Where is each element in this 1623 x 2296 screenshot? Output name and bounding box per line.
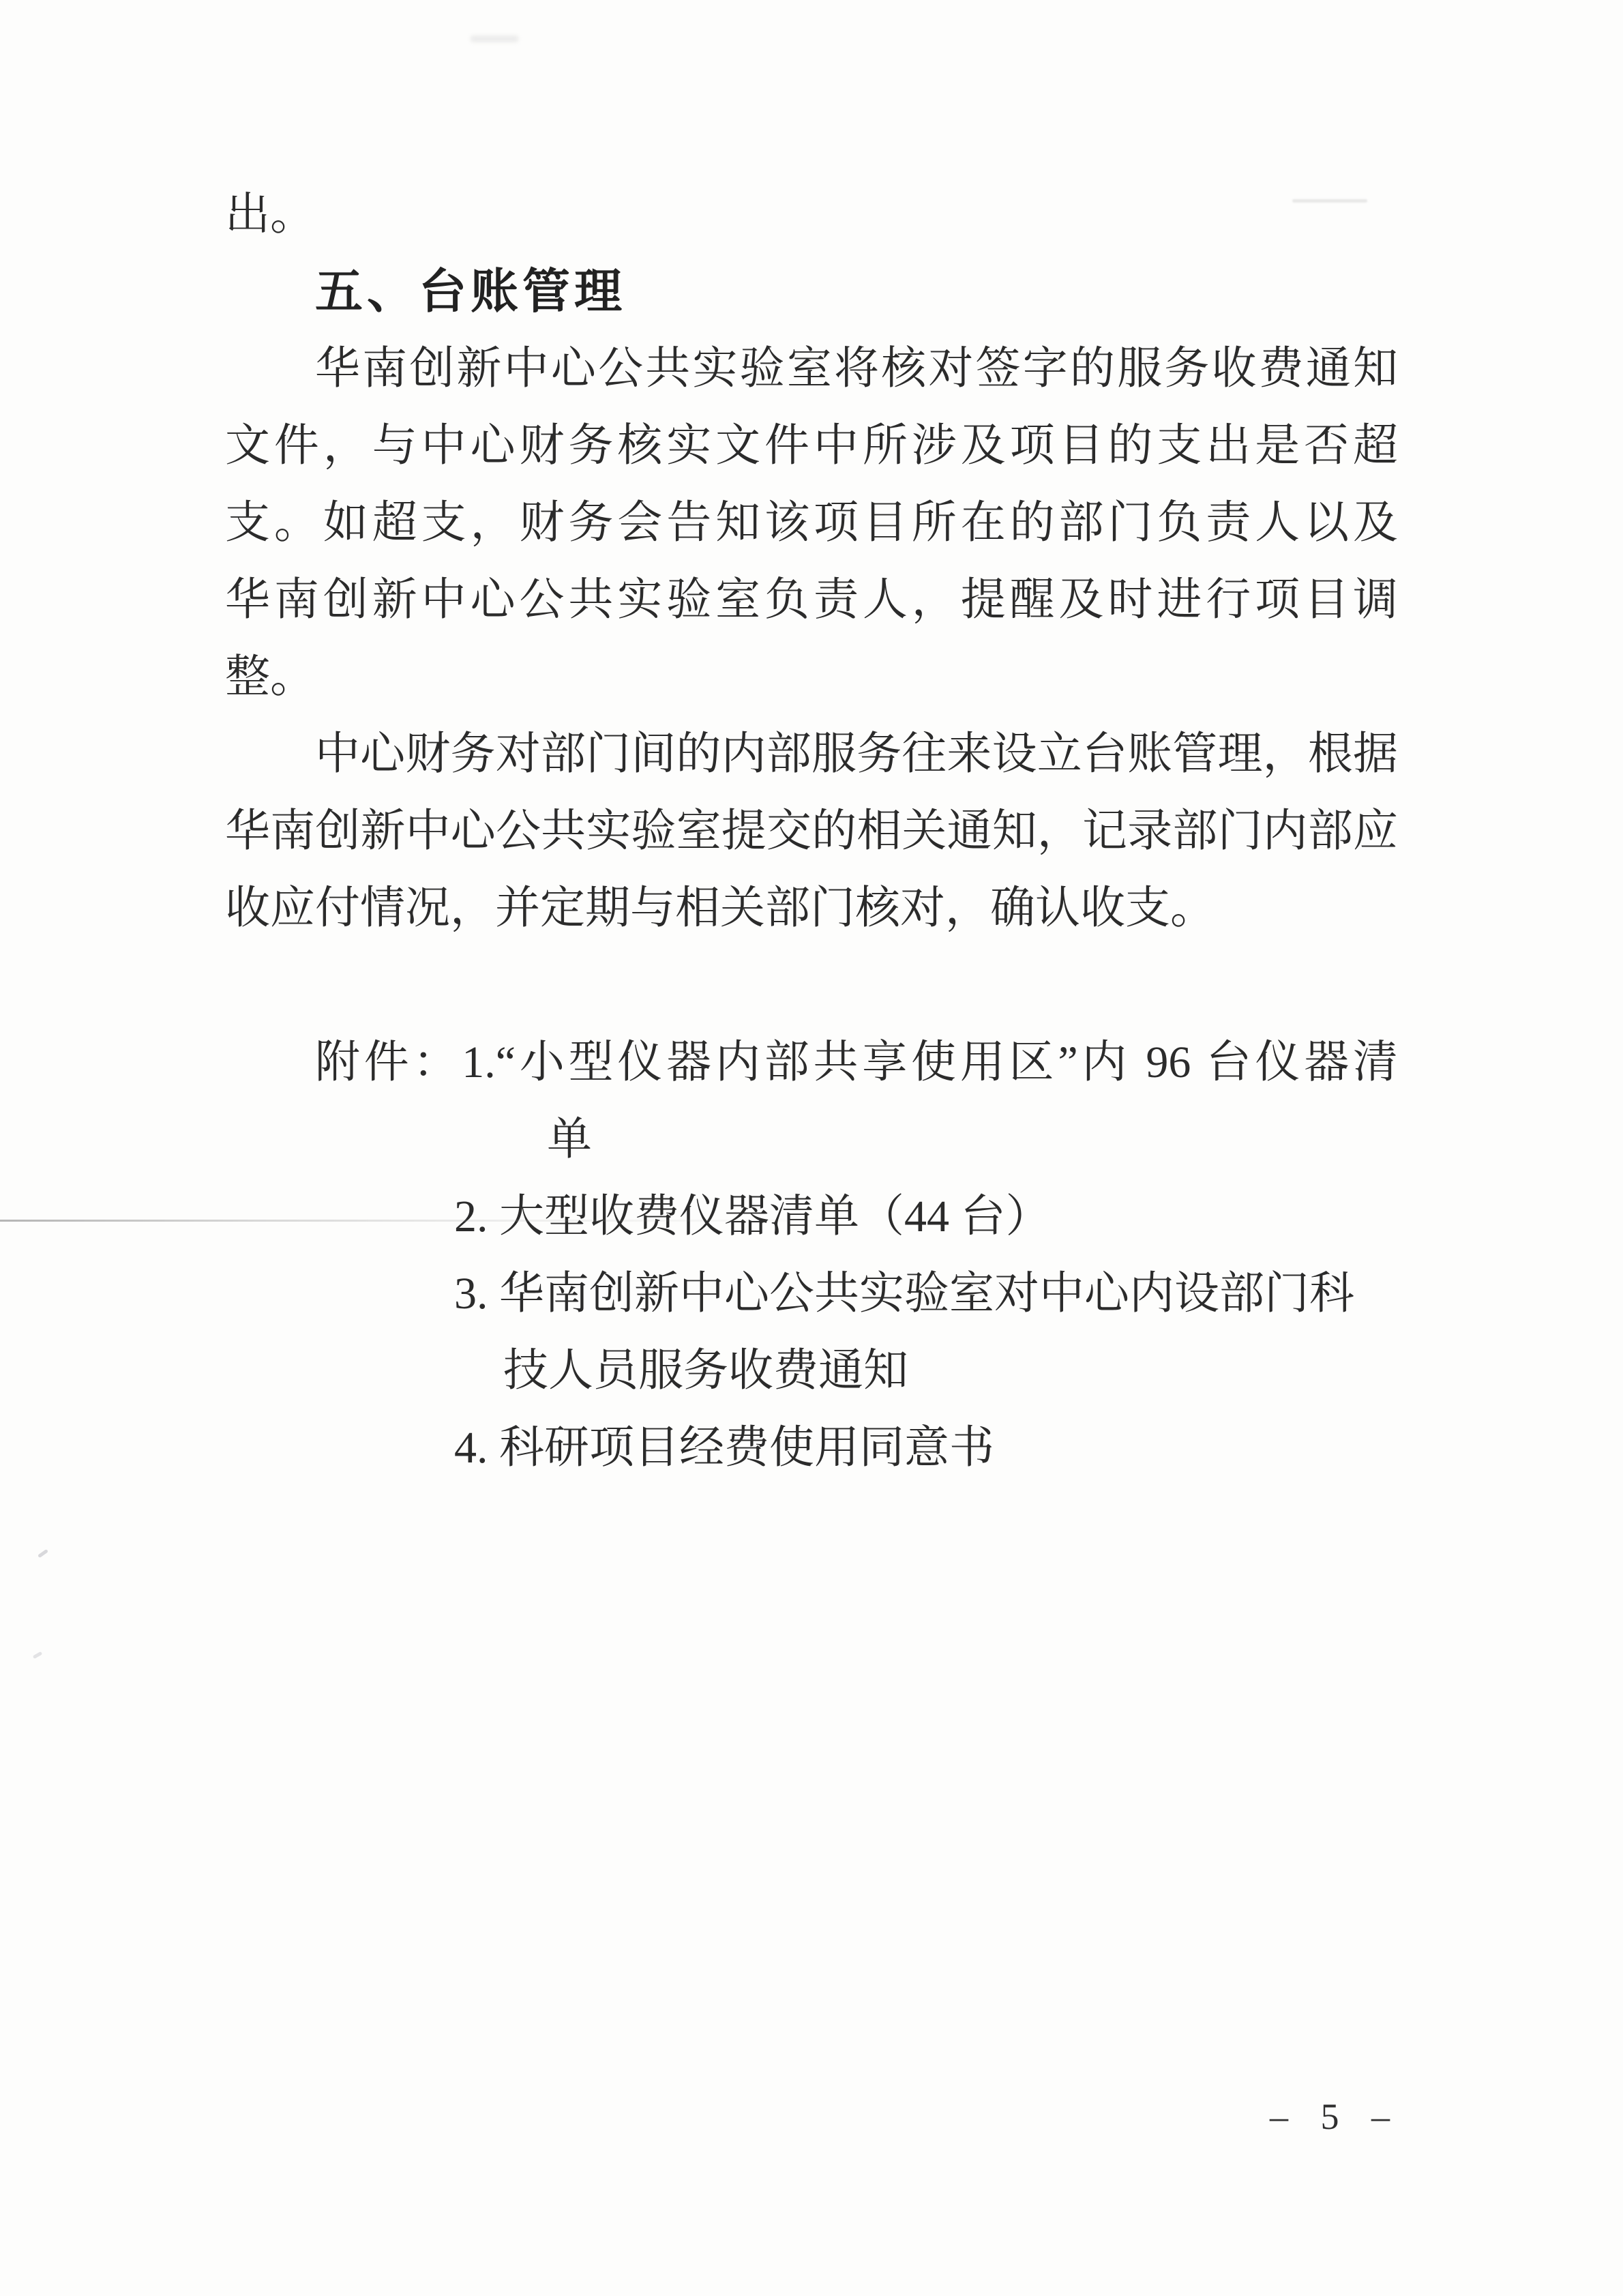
- section-heading: 五、台账管理: [225, 253, 1398, 330]
- paragraph-line: 文件，与中心财务核实文件中所涉及项目的支出是否超: [225, 407, 1398, 484]
- attachment-line: 单: [225, 1101, 1398, 1178]
- paragraph-line: 支。如超支，财务会告知该项目所在的部门负责人以及: [225, 484, 1398, 561]
- attachment-line: 3. 华南创新中心公共实验室对中心内设部门科: [225, 1255, 1398, 1332]
- paragraph-line: 华南创新中心公共实验室将核对签字的服务收费通知: [225, 330, 1398, 407]
- scan-speck: [471, 35, 518, 42]
- page-number: – 5 –: [1270, 2093, 1401, 2140]
- document-body: 出。 五、台账管理 华南创新中心公共实验室将核对签字的服务收费通知 文件，与中心…: [225, 176, 1398, 1486]
- scan-speck: [1292, 199, 1367, 203]
- paragraph-line: 华南创新中心公共实验室负责人，提醒及时进行项目调: [225, 561, 1398, 638]
- paragraph-line: 收应付情况，并定期与相关部门核对，确认收支。: [225, 870, 1398, 947]
- attachment-line: 附件：1.“小型仪器内部共享使用区”内 96 台仪器清: [225, 1024, 1398, 1101]
- closing-line: 出。: [225, 176, 1398, 253]
- document-page: 出。 五、台账管理 华南创新中心公共实验室将核对签字的服务收费通知 文件，与中心…: [0, 0, 1623, 2296]
- scan-artifact-line: [0, 1220, 856, 1222]
- blank-line: [225, 947, 1398, 1024]
- attachment-line: 4. 科研项目经费使用同意书: [225, 1409, 1398, 1486]
- attachment-line: 2. 大型收费仪器清单（44 台）: [225, 1178, 1398, 1255]
- paragraph-line: 华南创新中心公共实验室提交的相关通知，记录部门内部应: [225, 793, 1398, 870]
- paragraph-line: 整。: [225, 638, 1398, 716]
- paragraph-line: 中心财务对部门间的内部服务往来设立台账管理，根据: [225, 716, 1398, 793]
- scan-speck: [33, 1651, 43, 1659]
- scan-speck: [38, 1549, 48, 1558]
- attachment-line: 技人员服务收费通知: [225, 1332, 1398, 1409]
